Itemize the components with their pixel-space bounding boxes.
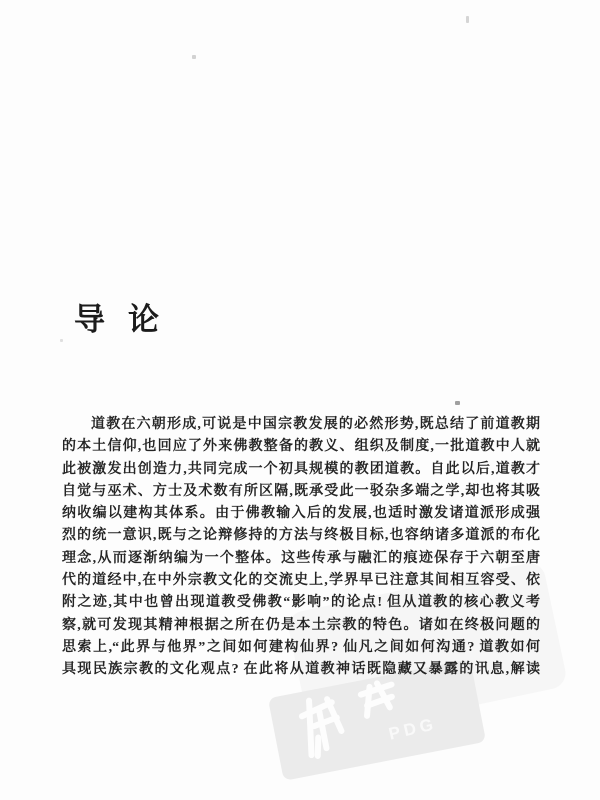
body-paragraph: 道教在六朝形成,可说是中国宗教发展的必然形势,既总结了前道教期 的本土信仰,也回…: [62, 414, 540, 682]
chapter-title-char: 导: [74, 304, 105, 335]
paragraph-line: 此被激发出创造力,共同完成一个初具规模的教团道教。自此以后,道教才: [62, 459, 540, 481]
paragraph-line: 代的道经中,在中外宗教文化的交流史上,学界早已注意其间相互容受、依: [62, 570, 540, 592]
chapter-title-char: 论: [128, 304, 159, 335]
scan-speck: [192, 55, 196, 59]
scanned-book-page: PDG 导 论 道教在六朝形成,可说是中国宗教发展的必然形势,既总结了前道教期 …: [0, 0, 600, 800]
paragraph-line: 的本土信仰,也回应了外来佛教整备的教义、组织及制度,一批道教中人就: [62, 436, 540, 458]
paragraph-line: 纳收编以建构其体系。由于佛教输入后的发展,也适时激发诸道派形成强: [62, 503, 540, 525]
scan-speck: [60, 339, 63, 342]
paragraph-line: 烈的统一意识,既与之论辩修持的方法与终极目标,也容纳诸多道派的布化: [62, 525, 540, 547]
paragraph-line: 思索上,“此界与他界”之间如何建构仙界? 仙凡之间如何沟通? 道教如何: [62, 637, 540, 659]
paragraph-line: 察,就可发现其精神根据之所在仍是本土宗教的特色。诸如在终极问题的: [62, 615, 540, 637]
paragraph-line: 具现民族宗教的文化观点? 在此将从道教神话既隐藏又暴露的讯息,解读: [62, 659, 540, 681]
scan-speck: [455, 401, 460, 405]
chapter-title: 导 论: [74, 304, 159, 335]
paragraph-line: 附之迹,其中也曾出现道教受佛教“影响”的论点! 但从道教的核心教义考: [62, 592, 540, 614]
paragraph-line: 自觉与巫术、方士及术数有所区隔,既承受此一驳杂多端之学,却也将其吸: [62, 481, 540, 503]
paragraph-line: 道教在六朝形成,可说是中国宗教发展的必然形势,既总结了前道教期: [62, 414, 540, 436]
scan-speck: [466, 16, 469, 23]
paragraph-line: 理念,从而逐渐纳编为一个整体。这些传承与融汇的痕迹保存于六朝至唐: [62, 548, 540, 570]
